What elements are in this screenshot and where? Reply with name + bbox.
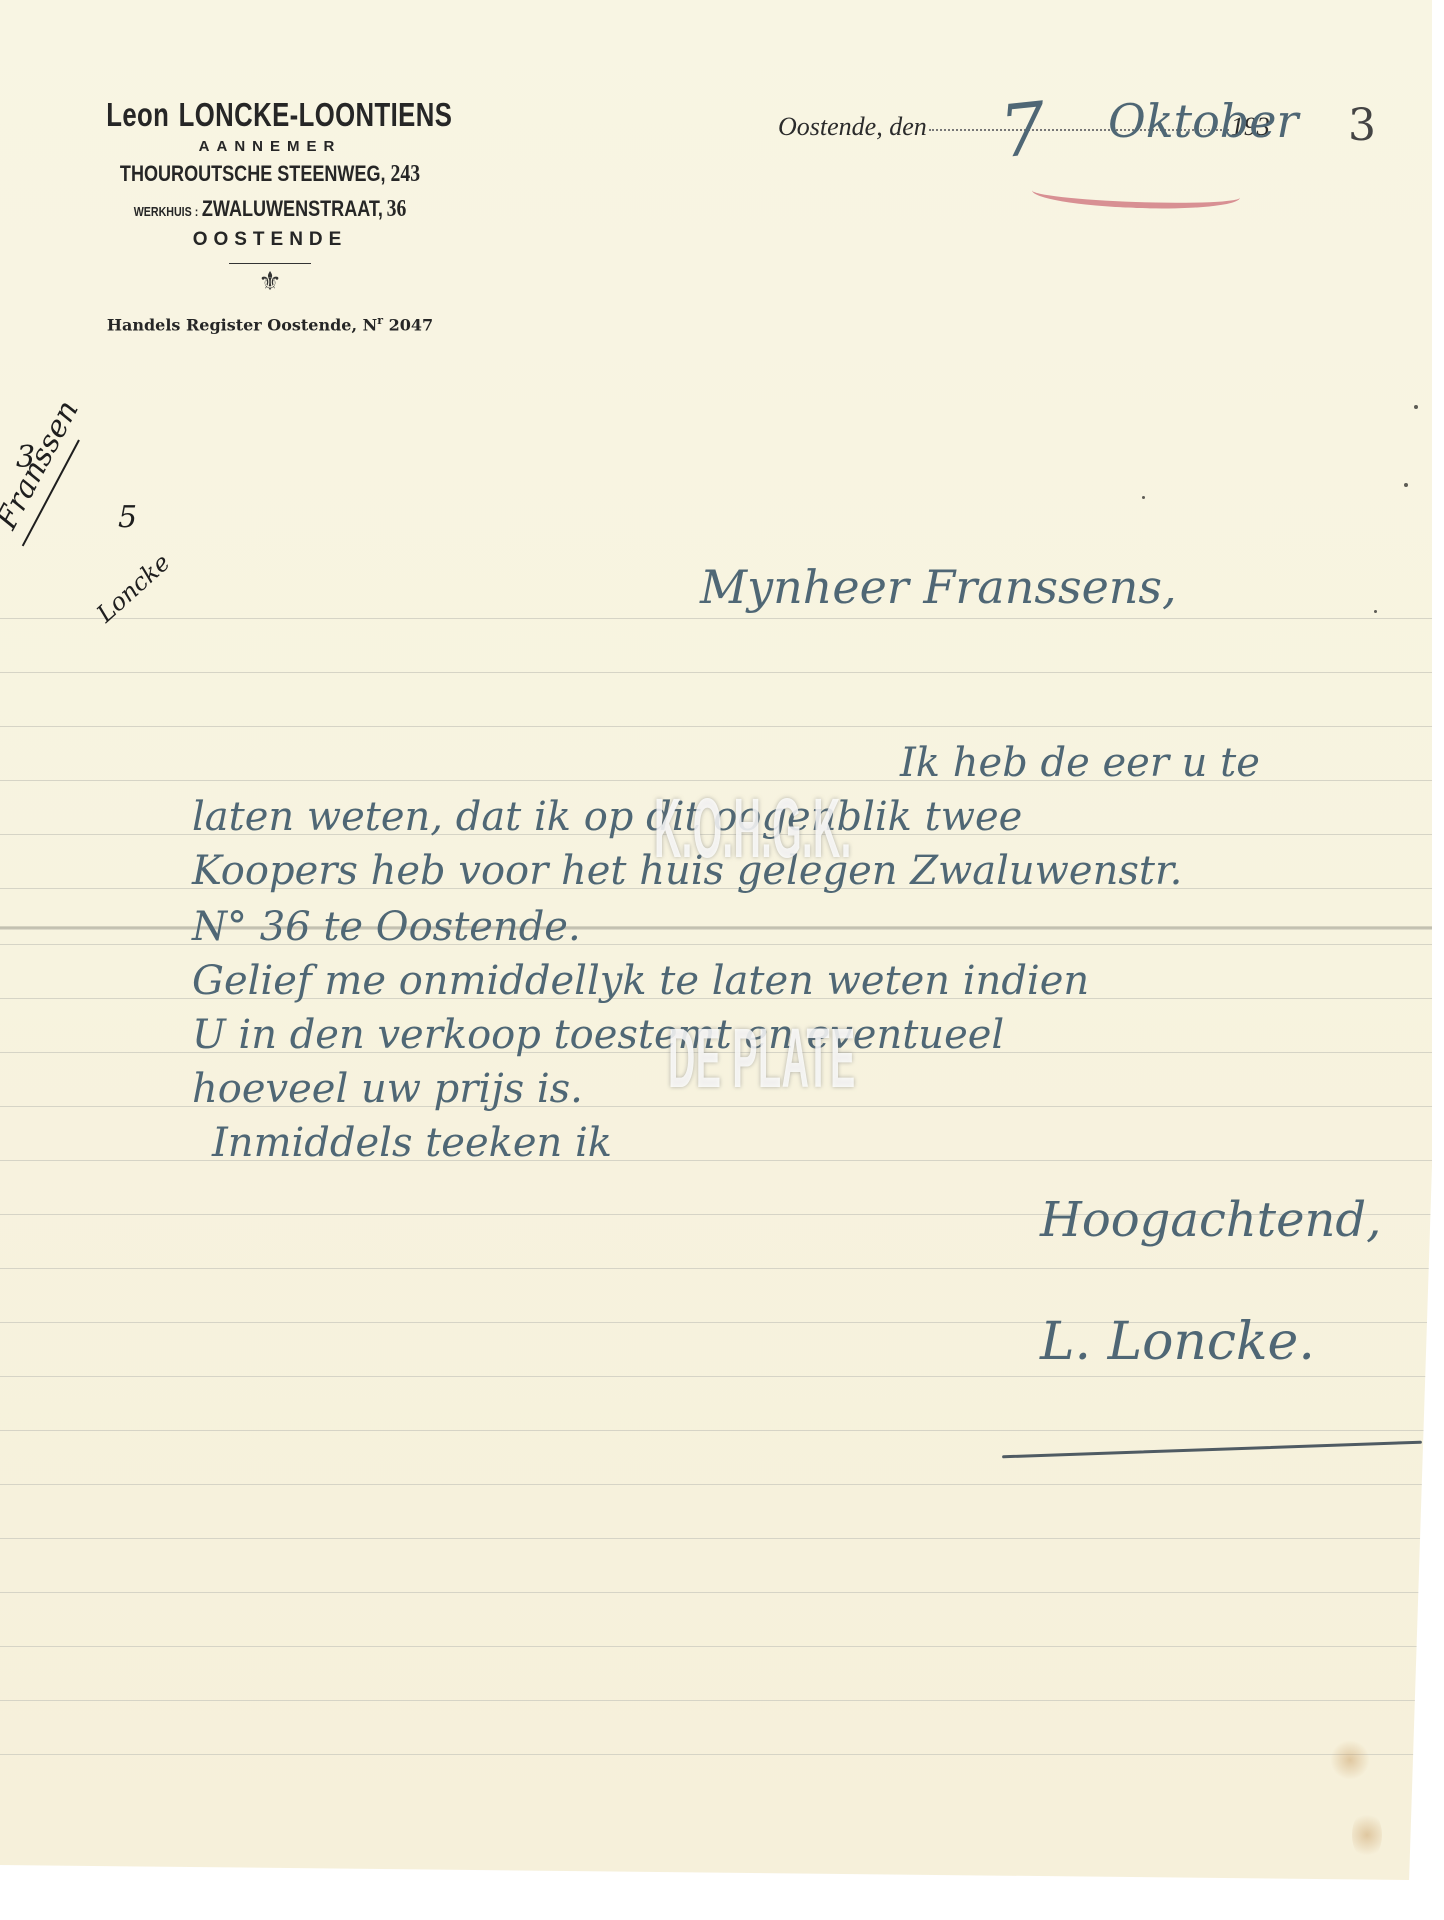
address-number: 243 — [391, 161, 421, 187]
date-year-digit: 3 — [1348, 100, 1376, 151]
register-number: 2047 — [389, 315, 434, 334]
ink-speck — [1404, 483, 1408, 487]
salutation: Mynheer Franssens, — [700, 560, 1177, 614]
date-day: 7 — [996, 86, 1050, 174]
owner-first-name: Leon — [106, 96, 169, 133]
workshop-address: WERKHUIS : ZWALUWENSTRAAT, 36 — [98, 196, 442, 223]
ruled-line — [0, 1268, 1432, 1269]
ink-speck — [1414, 405, 1418, 409]
owner-surname: LONCKE-LOONTIENS — [179, 96, 453, 133]
company-name: LeonLONCKE-LOONTIENS — [106, 96, 434, 134]
ruled-line — [0, 1484, 1432, 1485]
ink-speck — [1142, 496, 1145, 499]
ruled-line — [0, 1754, 1432, 1755]
trade-register: Handels Register Oostende, Nr 2047 — [60, 314, 480, 334]
ruled-line — [0, 1700, 1432, 1701]
letter-line: U in den verkoop toestemt en eventueel — [192, 1012, 1004, 1058]
watermark-line-2: DE PLATE — [668, 1010, 856, 1107]
ruled-line — [0, 1376, 1432, 1377]
ink-speck — [1374, 610, 1377, 613]
ruled-line — [0, 1430, 1432, 1431]
letterhead-divider — [229, 263, 311, 264]
letter-line: N° 36 te Oostende. — [192, 904, 581, 950]
ruled-line — [0, 618, 1432, 619]
letter-line: laten weten, dat ik op dit oogenblik twe… — [192, 794, 1022, 840]
ruled-line — [0, 1592, 1432, 1593]
company-trade: AANNEMER — [60, 138, 480, 155]
age-stain — [1352, 1810, 1382, 1860]
signature: L. Loncke. — [1040, 1312, 1315, 1372]
company-city: OOSTENDE — [60, 229, 480, 251]
letter-line: Gelief me onmiddellyk te laten weten ind… — [192, 958, 1089, 1004]
ruled-line — [0, 672, 1432, 673]
dateline-place: Oostende, den — [778, 112, 927, 141]
letter-line: Inmiddels teeken ik — [212, 1120, 612, 1166]
register-sup: r — [377, 314, 383, 327]
watermark-line-1: K.O.H.G.K. — [654, 780, 852, 877]
date-month: Oktober — [1108, 94, 1298, 148]
register-label: Handels Register Oostende, N — [107, 315, 377, 334]
ruled-line — [0, 1646, 1432, 1647]
ruled-line — [0, 1538, 1432, 1539]
letter-line: Ik heb de eer u te — [900, 740, 1260, 786]
workshop-street: ZWALUWENSTRAAT, — [202, 196, 383, 221]
letter-line: hoeveel uw prijs is. — [192, 1066, 583, 1112]
closing: Hoogachtend, — [1040, 1192, 1381, 1248]
letterhead: LeonLONCKE-LOONTIENS AANNEMER THOUROUTSC… — [60, 96, 480, 334]
margin-note-number-bottom: 5 — [118, 500, 137, 535]
workshop-number: 36 — [387, 196, 407, 222]
ruled-line — [0, 726, 1432, 727]
address-street: THOUROUTSCHE STEENWEG, — [120, 161, 386, 186]
workshop-label: WERKHUIS : — [134, 204, 199, 219]
trowel-ornament-icon: ⚜ — [60, 268, 480, 296]
company-address: THOUROUTSCHE STEENWEG, 243 — [98, 161, 442, 188]
age-stain — [1330, 1740, 1370, 1780]
